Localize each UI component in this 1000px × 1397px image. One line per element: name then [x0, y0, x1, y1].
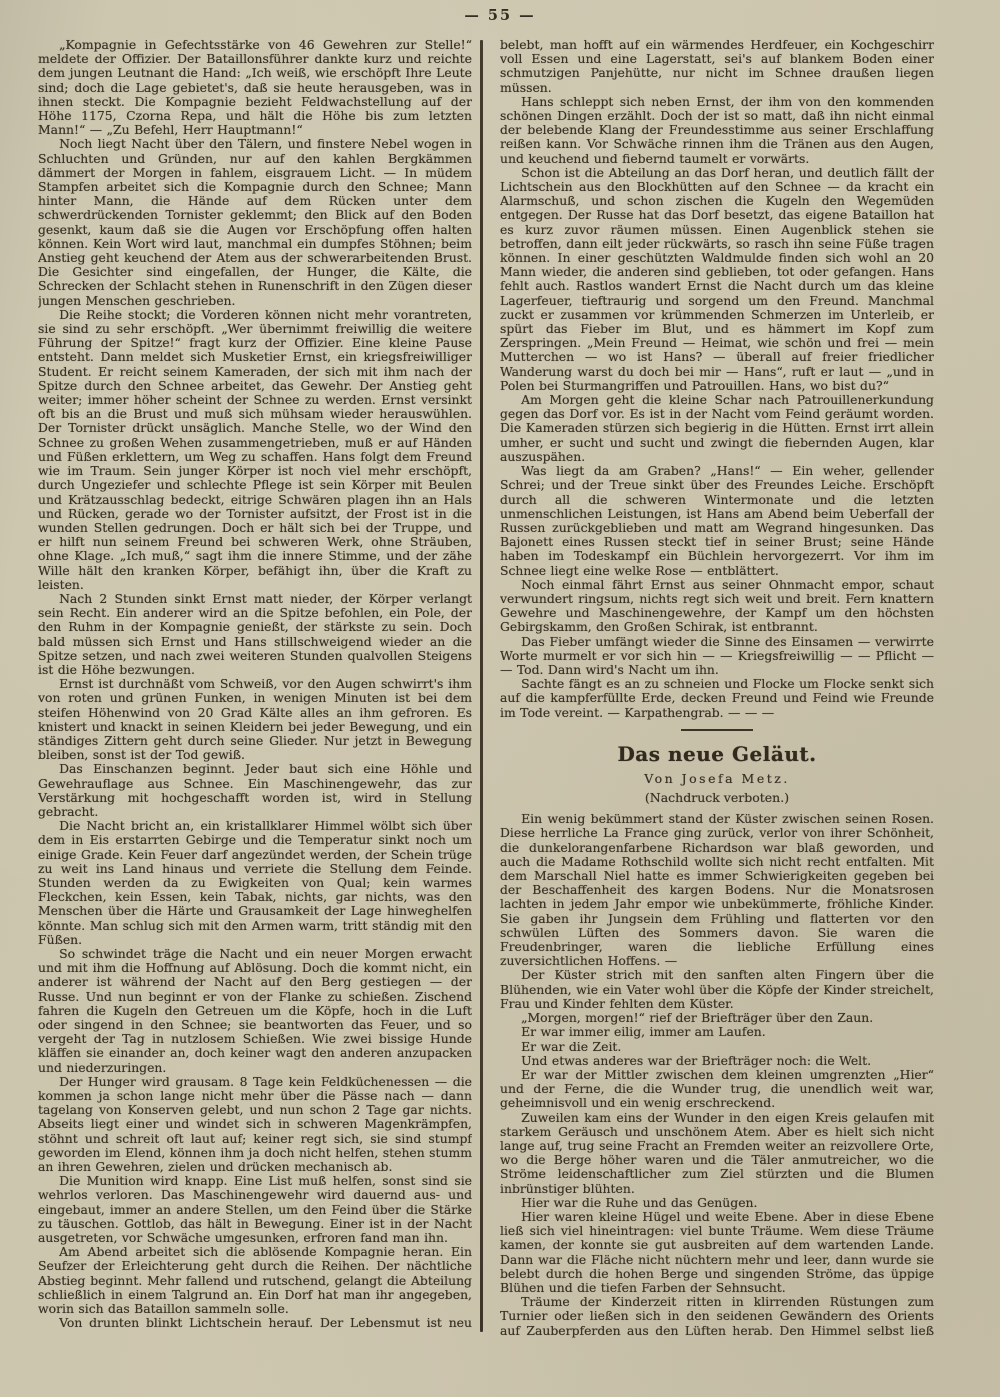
paragraph: Die Nacht bricht an, ein kristallklarer … — [38, 819, 472, 947]
article-byline: Von Josefa Metz. — [500, 771, 934, 786]
paragraph: Am Morgen geht die kleine Schar nach Pat… — [500, 393, 934, 464]
paragraph: Der Hunger wird grausam. 8 Tage kein Fel… — [38, 1075, 472, 1174]
article-divider — [681, 729, 753, 732]
paragraph: Nach 2 Stunden sinkt Ernst matt nieder, … — [38, 592, 472, 677]
paragraph: Hans schleppt sich neben Ernst, der ihm … — [500, 95, 934, 166]
paragraph: Noch liegt Nacht über den Tälern, und fi… — [38, 137, 472, 307]
paragraph: Träume der Kinderzeit ritten in klirrend… — [500, 1295, 934, 1338]
article-header: Das neue Geläut. Von Josefa Metz. (Nachd… — [500, 742, 934, 805]
left-column: „Kompagnie in Gefechtsstärke von 46 Gewe… — [38, 38, 472, 1338]
paragraph: Das Einschanzen beginnt. Jeder baut sich… — [38, 762, 472, 819]
page-columns: „Kompagnie in Gefechtsstärke von 46 Gewe… — [0, 38, 1000, 1338]
paragraph: belebt, man hofft auf ein wärmendes Herd… — [500, 38, 934, 95]
paragraph: Der Küster strich mit den sanften alten … — [500, 968, 934, 1011]
paragraph: Von drunten blinkt Lichtschein herauf. D… — [38, 1316, 472, 1330]
paragraph: Zuweilen kam eins der Wunder in den eige… — [500, 1111, 934, 1196]
article-note: (Nachdruck verboten.) — [500, 790, 934, 805]
column-divider — [480, 40, 483, 1332]
paragraph: Ernst ist durchnäßt vom Schweiß, vor den… — [38, 677, 472, 762]
right-column: belebt, man hofft auf ein wärmendes Herd… — [500, 38, 934, 1338]
paragraph: Hier waren kleine Hügel und weite Ebene.… — [500, 1210, 934, 1295]
paragraph: So schwindet träge die Nacht und ein neu… — [38, 947, 472, 1075]
paragraph: Er war die Zeit. — [500, 1040, 934, 1054]
article-title: Das neue Geläut. — [500, 742, 934, 766]
paragraph: Schon ist die Abteilung an das Dorf hera… — [500, 166, 934, 393]
paragraph: Noch einmal fährt Ernst aus seiner Ohnma… — [500, 578, 934, 635]
paragraph: Die Reihe stockt; die Vorderen können ni… — [38, 308, 472, 592]
paragraph: Er war immer eilig, immer am Laufen. — [500, 1025, 934, 1039]
paragraph: „Kompagnie in Gefechtsstärke von 46 Gewe… — [38, 38, 472, 137]
newspaper-page: — 55 — „Kompagnie in Gefechtsstärke von … — [0, 0, 1000, 1397]
paragraph: Ein wenig bekümmert stand der Küster zwi… — [500, 812, 934, 968]
paragraph: Was liegt da am Graben? „Hans!“ — Ein we… — [500, 464, 934, 578]
paragraph: Er war der Mittler zwischen dem kleinen … — [500, 1068, 934, 1111]
paragraph: Sachte fängt es an zu schneien und Flock… — [500, 677, 934, 720]
paragraph: Am Abend arbeitet sich die ablösende Kom… — [38, 1245, 472, 1316]
paragraph: Die Munition wird knapp. Eine List muß h… — [38, 1174, 472, 1245]
paragraph: Das Fieber umfängt wieder die Sinne des … — [500, 635, 934, 678]
paragraph: Und etwas anderes war der Briefträger no… — [500, 1054, 934, 1068]
page-number: — 55 — — [0, 0, 1000, 38]
paragraph: Hier war die Ruhe und das Genügen. — [500, 1196, 934, 1210]
paragraph: „Morgen, morgen!“ rief der Briefträger ü… — [500, 1011, 934, 1025]
